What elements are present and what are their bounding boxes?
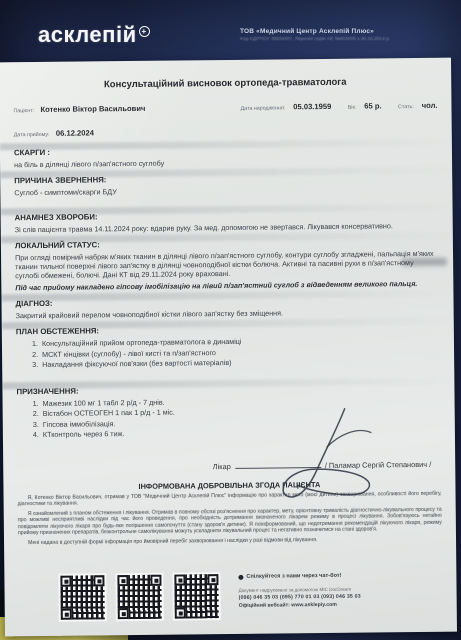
doctor-label: Лікар [213,461,231,470]
section-reason: ПРИЧИНА ЗВЕРНЕННЯ: Суглоб - симптоми/ска… [14,172,438,197]
consent-paragraph: Я, Котенко Віктор Васильович, отримав у … [18,490,442,508]
doctor-signature-row: Лікар / Паламар Сергій Степанович / [17,458,441,472]
qr-code-icon [58,573,107,622]
doctor-name: / Паламар Сергій Степанович / [325,459,432,469]
patient-row: Пацієнт: Котенко Віктор Васильович Дата … [13,95,437,117]
org-name: ТОВ «Медичний Центр Асклепій Плюс» [240,28,455,35]
prescriptions-list: Мажезик 100 мг 1 табл 2 р/д - 7 днів. Ві… [17,394,441,440]
patient-name: Котенко Віктор Васильович [40,104,145,114]
local-status-heading: ЛОКАЛЬНИЙ СТАТУС: [15,237,439,250]
age-label: Вік: [348,105,357,111]
prescriptions-heading: ПРИЗНАЧЕННЯ: [16,382,440,395]
qr-code-icon [115,573,164,622]
document-paper: Консультаційний висновок ортопеда-травма… [0,58,457,637]
chat-bot-line: Спілкуйтеся з нами через чат-бот! [238,573,360,580]
document-photo: асклепій+ ТОВ «Медичний Центр Асклепій П… [0,0,461,640]
patient-label: Пацієнт: [13,108,34,114]
chat-icon [238,574,243,579]
visit-date-value: 06.12.2024 [56,128,94,137]
visit-date-label: Дата прийому: [14,132,50,138]
section-exam-plan: ПЛАН ОБСТЕЖЕННЯ: Консультаційний прийом … [16,323,440,371]
patient-field: Пацієнт: Котенко Віктор Васильович [13,98,145,117]
consent-paragraph: Я ознайомлений з планом обстеження і лік… [18,506,442,537]
reason-text: Суглоб - симптоми/скарги БДУ [14,184,438,197]
exam-plan-heading: ПЛАН ОБСТЕЖЕННЯ: [16,323,440,336]
qr-code-icon [172,572,221,621]
phone-numbers: (096) 046 35 03 (095) 770 01 03 (093) 04… [239,594,361,601]
qr-codes [58,572,220,622]
visit-date-row: Дата прийому: 06.12.2024 [14,119,438,141]
document-footer: Спілкуйтеся з нами через чат-бот! Докуме… [18,570,447,630]
age-value: 65 р. [364,101,381,110]
document-content: Консультаційний висновок ортопеда-травма… [0,58,456,547]
exam-plan-list: Консультаційний прийом ортопеда-травмато… [16,335,440,371]
plus-badge-icon: + [139,26,150,37]
website-line: Офіційний вебсайт: www.asklepiy.com [239,602,361,609]
signature-line [235,460,321,469]
complaints-heading: СКАРГИ : [14,144,438,157]
printed-note: Документ надруковано за допомогою МІС Do… [239,587,361,593]
reason-heading: ПРИЧИНА ЗВЕРНЕННЯ: [14,172,438,185]
patient-meta: Дата народження:05.03.1959 Вік:65 р. Ста… [229,95,438,115]
diagnosis-heading: ДІАГНОЗ: [15,295,439,308]
local-status-text: При огляді помірний набряк м'яких тканин… [15,249,439,280]
section-anamnesis: АНАМНЕЗ ХВОРОБИ: Зі слів пацієнта травма… [15,209,439,234]
section-local-status: ЛОКАЛЬНИЙ СТАТУС: При огляді помірний на… [15,237,440,292]
photo-shadow [401,258,447,266]
dob-label: Дата народження: [241,105,286,111]
org-details: Код ЄДРПОУ 38604307, Ліцензія серія АЕ №… [240,37,455,42]
section-complaints: СКАРГИ : на біль в ділянці лівого п/зап'… [14,144,438,169]
chat-bot-text: Спілкуйтеся з нами через чат-бот! [246,573,341,580]
sex-value: чол. [422,101,438,110]
clinic-logo: асклепій+ [38,22,150,48]
section-prescriptions: ПРИЗНАЧЕННЯ: Мажезик 100 мг 1 табл 2 р/д… [16,382,441,440]
section-diagnosis: ДІАГНОЗ: Закритий крайовий перелом човно… [15,295,439,320]
sex-label: Стать: [398,104,414,110]
clinic-header: асклепій+ ТОВ «Медичний Центр Асклепій П… [0,0,461,62]
consent-title: ІНФОРМОВАНА ДОБРОВІЛЬНА ЗГОДА ПАЦІЄНТА [17,478,441,491]
anamnesis-heading: АНАМНЕЗ ХВОРОБИ: [15,209,439,222]
clinic-logo-text: асклепій [38,22,137,47]
org-info: ТОВ «Медичний Центр Асклепій Плюс» Код Є… [240,28,455,42]
dob-value: 05.03.1959 [293,102,331,111]
footer-contacts: Спілкуйтеся з нами через чат-бот! Докуме… [238,571,361,609]
consent-paragraph: Мені надана в доступній формі інформація… [18,536,442,547]
document-title: Консультаційний висновок ортопеда-травма… [13,76,437,91]
